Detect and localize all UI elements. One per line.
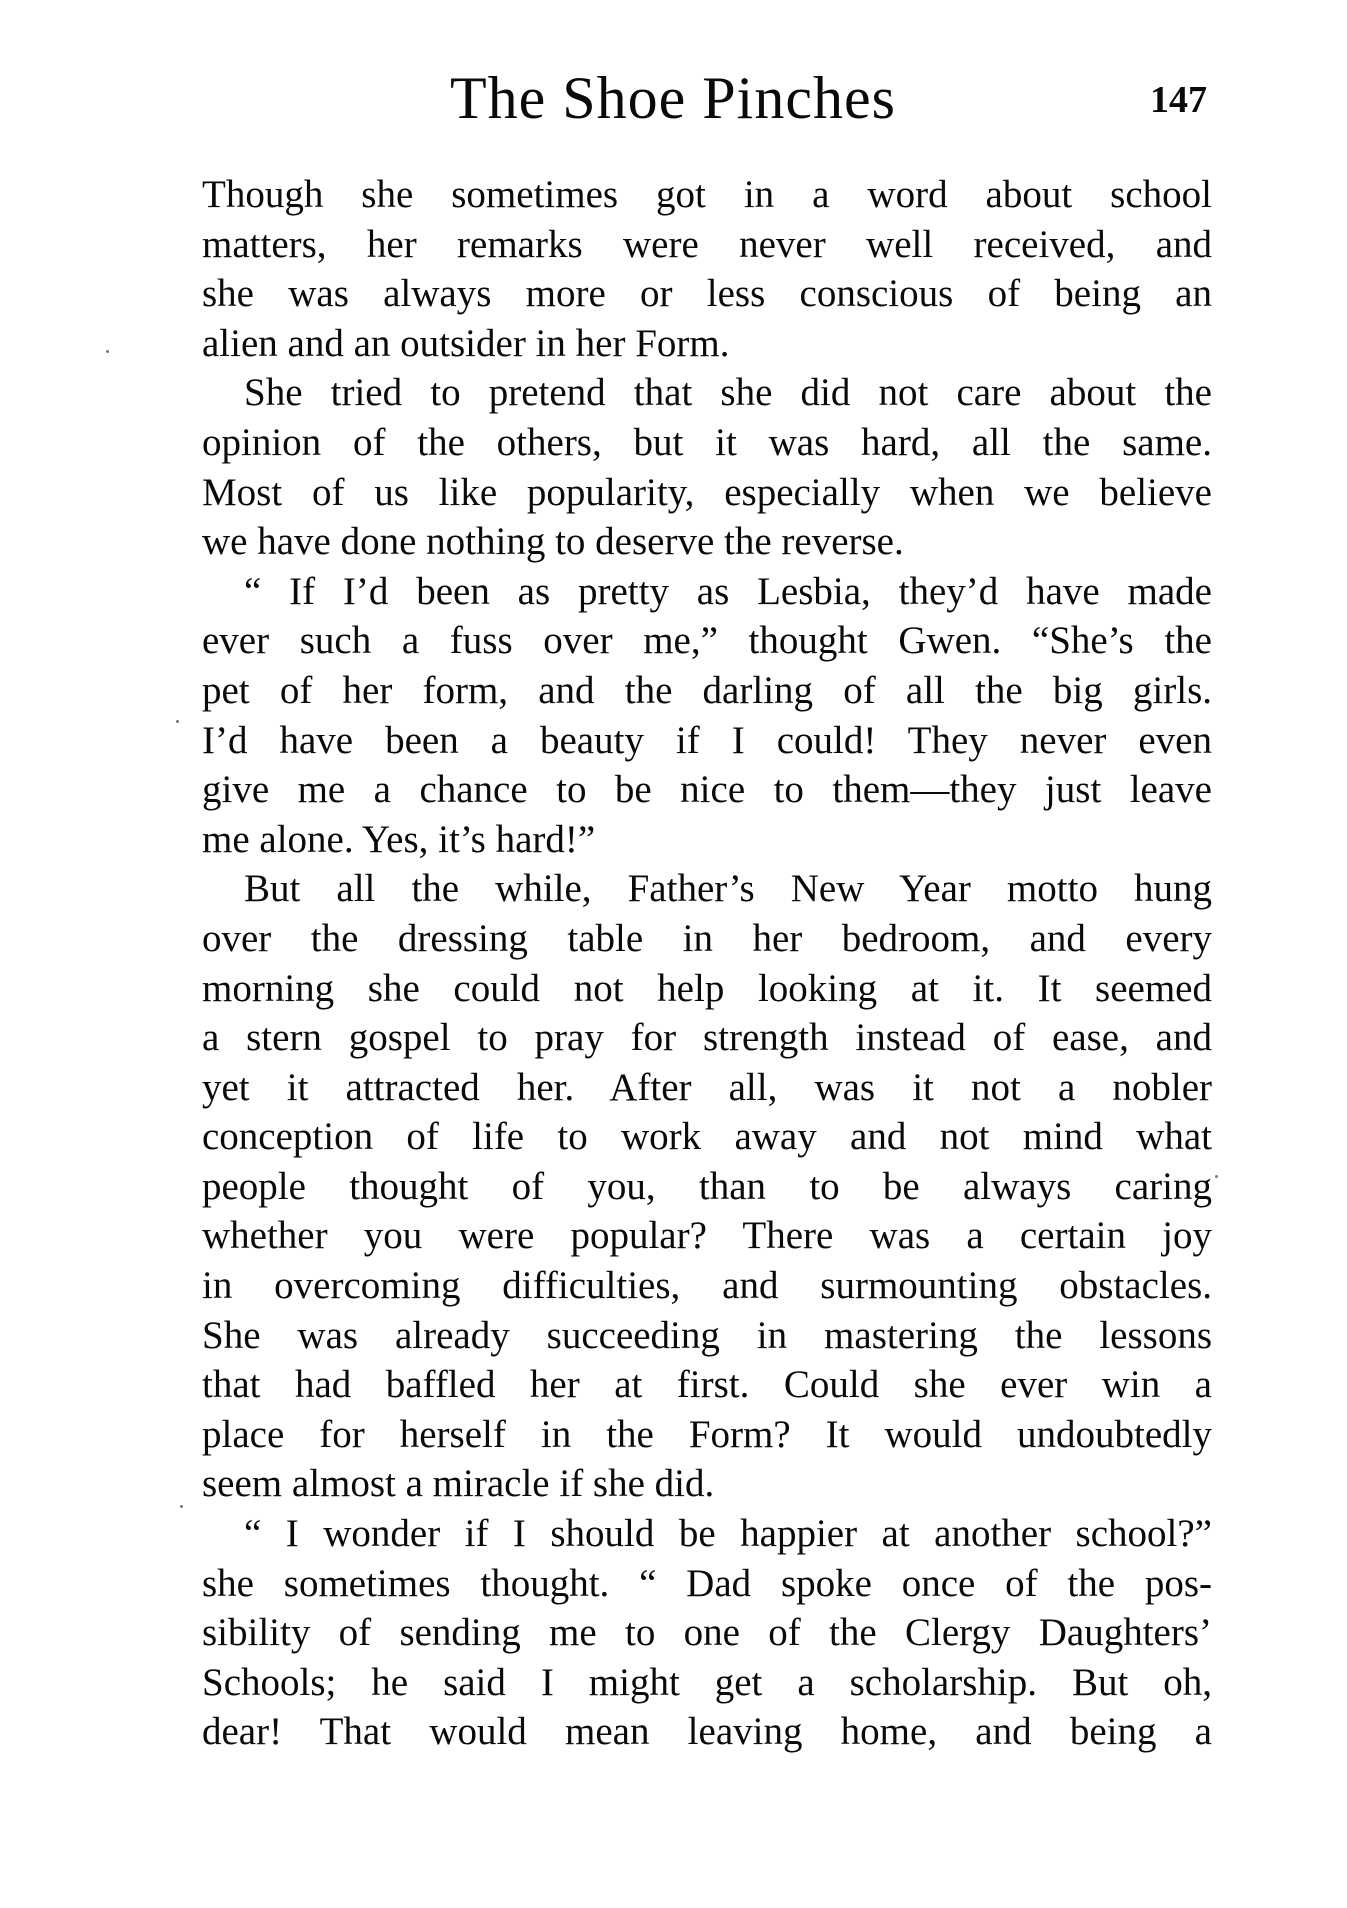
scan-speck — [180, 1505, 183, 1508]
body-text: Though she sometimes got in a word about… — [202, 170, 1212, 1757]
text-line: me alone. Yes, it’s hard!” — [202, 815, 1212, 865]
text-line: people thought of you, than to be always… — [202, 1162, 1212, 1212]
text-line: matters, her remarks were never well rec… — [202, 220, 1212, 270]
text-line: whether you were popular? There was a ce… — [202, 1211, 1212, 1261]
text-line: pet of her form, and the darling of all … — [202, 666, 1212, 716]
text-line: But all the while, Father’s New Year mot… — [202, 864, 1212, 914]
text-line: opinion of the others, but it was hard, … — [202, 418, 1212, 468]
text-line: she sometimes thought. “ Dad spoke once … — [202, 1559, 1212, 1609]
text-line: Most of us like popularity, especially w… — [202, 468, 1212, 518]
text-line: “ I wonder if I should be happier at ano… — [202, 1509, 1212, 1559]
text-line: over the dressing table in her bedroom, … — [202, 914, 1212, 964]
text-line: She was already succeeding in mastering … — [202, 1311, 1212, 1361]
text-line: morning she could not help looking at it… — [202, 964, 1212, 1014]
text-line: sibility of sending me to one of the Cle… — [202, 1608, 1212, 1658]
scan-speck — [1215, 1175, 1218, 1178]
text-line: She tried to pretend that she did not ca… — [202, 368, 1212, 418]
paragraph: But all the while, Father’s New Year mot… — [202, 864, 1212, 1509]
text-line: I’d have been a beauty if I could! They … — [202, 716, 1212, 766]
running-title: The Shoe Pinches — [450, 58, 896, 138]
page-header: The Shoe Pinches 147 — [0, 58, 1347, 138]
book-page: The Shoe Pinches 147 Though she sometime… — [0, 0, 1347, 1908]
page-number: 147 — [1150, 70, 1207, 130]
paragraph: “ If I’d been as pretty as Lesbia, they’… — [202, 567, 1212, 865]
text-line: seem almost a miracle if she did. — [202, 1459, 1212, 1509]
text-line: dear! That would mean leaving home, and … — [202, 1707, 1212, 1757]
paragraph: Though she sometimes got in a word about… — [202, 170, 1212, 368]
text-line: ever such a fuss over me,” thought Gwen.… — [202, 616, 1212, 666]
text-line: she was always more or less conscious of… — [202, 269, 1212, 319]
text-line: yet it attracted her. After all, was it … — [202, 1063, 1212, 1113]
text-line: alien and an outsider in her Form. — [202, 319, 1212, 369]
text-line: in overcoming difficulties, and surmount… — [202, 1261, 1212, 1311]
text-line: give me a chance to be nice to them—they… — [202, 765, 1212, 815]
text-line: that had baffled her at first. Could she… — [202, 1360, 1212, 1410]
text-line: conception of life to work away and not … — [202, 1112, 1212, 1162]
paragraph: “ I wonder if I should be happier at ano… — [202, 1509, 1212, 1757]
text-line: a stern gospel to pray for strength inst… — [202, 1013, 1212, 1063]
scan-speck — [106, 350, 109, 353]
text-line: Though she sometimes got in a word about… — [202, 170, 1212, 220]
text-line: place for herself in the Form? It would … — [202, 1410, 1212, 1460]
scan-speck — [176, 720, 179, 723]
text-line: we have done nothing to deserve the reve… — [202, 517, 1212, 567]
text-line: “ If I’d been as pretty as Lesbia, they’… — [202, 567, 1212, 617]
text-line: Schools; he said I might get a scholarsh… — [202, 1658, 1212, 1708]
paragraph: She tried to pretend that she did not ca… — [202, 368, 1212, 566]
